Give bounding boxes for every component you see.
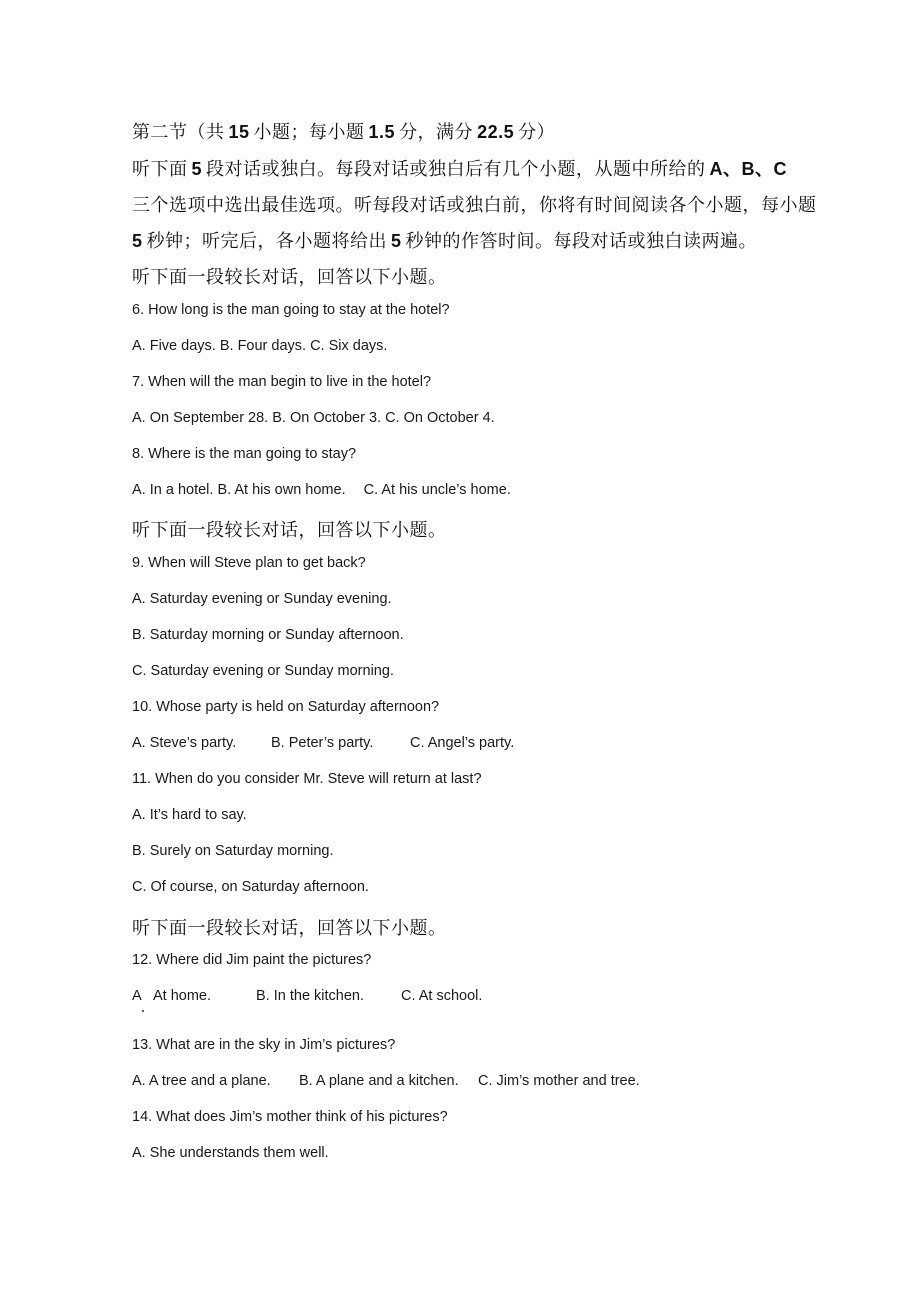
instr-text: 秒钟的作答时间。每段对话或独白读两遍。 [406, 231, 758, 252]
question-stem: 10. Whose party is held on Saturday afte… [132, 699, 439, 715]
instr-text: 三个选项中选出最佳选项。听每段对话或独白前，你将有时间阅读各个小题，每小题 [132, 195, 817, 216]
option-c: C. At school. [401, 988, 482, 1004]
section-title: 第二节（共15小题；每小题1.5分，满分22.5分） [132, 118, 555, 144]
section-title-mid2: 分，满分 [399, 122, 473, 143]
instr-text: 听下面 [132, 159, 188, 180]
group-heading: 听下面一段较长对话，回答以下小题。 [132, 516, 447, 542]
question-options: A. On September 28. B. On October 3. C. … [132, 410, 495, 426]
question-stem: 12. Where did Jim paint the pictures? [132, 952, 371, 968]
question-stem: 8. Where is the man going to stay? [132, 446, 356, 462]
question-options: A. Steve’s party.B. Peter’s party.C. Ang… [132, 735, 514, 751]
option-a: At home. [153, 988, 256, 1004]
instr-text: 秒钟；听完后，各小题将给出 [147, 231, 388, 252]
option-a: A. It’s hard to say. [132, 807, 247, 823]
question-stem: 6. How long is the man going to stay at … [132, 302, 450, 318]
instr-num: 5 [387, 231, 406, 251]
question-options: A. In a hotel. B. At his own home. C. At… [132, 482, 511, 498]
section-title-suffix: 分） [518, 122, 555, 143]
question-stem: 13. What are in the sky in Jim’s picture… [132, 1037, 395, 1053]
option-b: B. Surely on Saturday morning. [132, 843, 334, 859]
option-c: C. Jim’s mother and tree. [478, 1073, 640, 1089]
question-stem: 7. When will the man begin to live in th… [132, 374, 431, 390]
instructions-line-2: 三个选项中选出最佳选项。听每段对话或独白前，你将有时间阅读各个小题，每小题 [132, 191, 817, 217]
instructions-line-3: 5秒钟；听完后，各小题将给出5秒钟的作答时间。每段对话或独白读两遍。 [132, 227, 757, 253]
stray-dot-mark [142, 1010, 144, 1012]
instructions-line-1: 听下面5段对话或独白。每段对话或独白后有几个小题，从题中所给的A、B、C [132, 155, 791, 181]
group-heading: 听下面一段较长对话，回答以下小题。 [132, 914, 447, 940]
section-title-mid1: 小题；每小题 [254, 122, 365, 143]
option-ab: A. In a hotel. B. At his own home. [132, 482, 346, 498]
option-b: B. A plane and a kitchen. [299, 1073, 478, 1089]
option-a: A. Steve’s party. [132, 735, 271, 751]
group-heading: 听下面一段较长对话，回答以下小题。 [132, 263, 447, 289]
option-a: A. A tree and a plane. [132, 1073, 299, 1089]
question-options: A. A tree and a plane.B. A plane and a k… [132, 1073, 640, 1089]
option-b: B. In the kitchen. [256, 988, 401, 1004]
option-a: A. She understands them well. [132, 1145, 329, 1161]
document-page: 第二节（共15小题；每小题1.5分，满分22.5分） 听下面5段对话或独白。每段… [0, 0, 920, 1302]
option-c: C. At his uncle’s home. [364, 482, 511, 498]
score-each: 1.5 [365, 122, 400, 142]
instr-num: 5 [132, 231, 147, 251]
question-stem: 9. When will Steve plan to get back? [132, 555, 366, 571]
option-c: C. Saturday evening or Sunday morning. [132, 663, 394, 679]
option-a-label: A [132, 988, 153, 1004]
option-c: C. Of course, on Saturday afternoon. [132, 879, 369, 895]
instr-options: A、B、C [706, 159, 792, 179]
option-b: B. Saturday morning or Sunday afternoon. [132, 627, 404, 643]
instr-num: 5 [188, 159, 207, 179]
instr-text: 段对话或独白。每段对话或独白后有几个小题，从题中所给的 [206, 159, 706, 180]
section-title-prefix: 第二节（共 [132, 122, 225, 143]
question-count: 15 [225, 122, 254, 142]
question-options: AAt home.B. In the kitchen.C. At school. [132, 988, 482, 1004]
question-stem: 14. What does Jim’s mother think of his … [132, 1109, 448, 1125]
question-options: A. Five days. B. Four days. C. Six days. [132, 338, 387, 354]
question-stem: 11. When do you consider Mr. Steve will … [132, 771, 482, 787]
total-score: 22.5 [473, 122, 518, 142]
option-b: B. Peter’s party. [271, 735, 410, 751]
option-a: A. Saturday evening or Sunday evening. [132, 591, 392, 607]
option-c: C. Angel’s party. [410, 735, 514, 751]
